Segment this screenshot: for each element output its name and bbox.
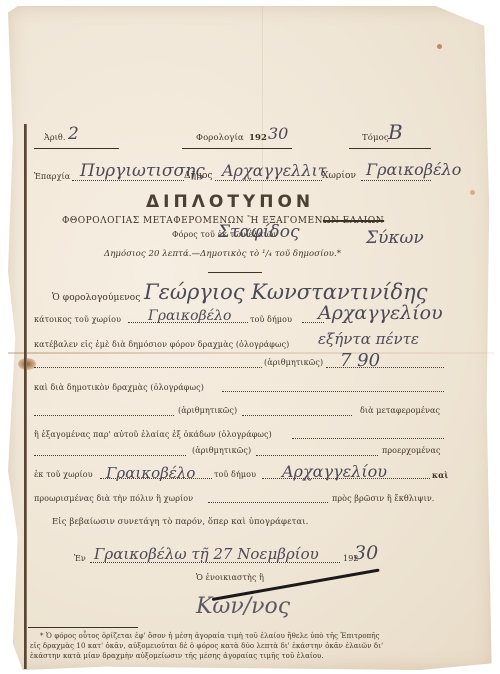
fold-crease (8, 352, 494, 354)
stain-spot (470, 190, 475, 195)
separator-rule (208, 272, 262, 273)
taxpayer-value: Γεώργιος Κωνσταντινίδης (144, 280, 428, 304)
fill-line (292, 438, 444, 439)
eparchia-label: Ἐπαρχία (34, 172, 70, 181)
tax-line-handwritten-1: Σταφίδος (218, 222, 299, 242)
footnote-rule (28, 627, 138, 628)
tomos-value: Β (388, 120, 403, 144)
stain-spot (437, 44, 442, 49)
chorion-label: Χωρίον (322, 171, 356, 181)
resident-dimos: Αρχαγγελίου (318, 302, 443, 324)
subtitle-struck-text: ΩΝ ΕΛΑΙΩΝ (323, 216, 384, 226)
destined-label: προωρισμένας διὰ τὴν πόλιν ἢ χωρίον (34, 494, 193, 503)
en-label: Ἐν (74, 554, 86, 563)
tomos-label: Τόμος (362, 133, 389, 143)
fill-line (256, 455, 378, 456)
fill-line (34, 367, 262, 368)
fill-line (215, 180, 322, 181)
fill-line (34, 455, 186, 456)
municipal-label: καὶ διὰ δημοτικὸν δραχμὰς (ὀλογράφως) (34, 383, 204, 392)
fill-line (34, 415, 174, 416)
footnote-line-3: ἑκάστην κατὰ μίαν δραχμὴν αὐξομείωσιν τῆ… (30, 651, 324, 661)
dimos-value: Αρχαγγελλιτ (222, 161, 327, 180)
arith-label-1: (ἀριθμητικῶς) (264, 358, 323, 367)
role-label: Ὁ ἐνοικιαστὴς ἢ (196, 573, 264, 582)
from-village-value: Γραικοβέλο (106, 464, 195, 482)
year-handwritten: 30 (354, 542, 378, 564)
resident-label: κάτοικος τοῦ χωρίου (34, 315, 121, 324)
fill-line (208, 502, 328, 503)
arith-value: 2 (68, 124, 79, 144)
exported-label: ἢ ἐξαγομένας παρ' αὐτοῦ ἐλαίας ἐξ ὀκάδων… (34, 430, 272, 439)
signature: Κων/νος (196, 594, 290, 619)
fill-line (361, 180, 431, 181)
purpose-label: πρὸς βρῶσιν ἢ ἔκθλιψιν. (332, 494, 434, 503)
from-village-label: ἐκ τοῦ χωρίου (34, 470, 93, 479)
place-date-handwritten: Γραικοβέλω τῇ 27 Νοεμβρίου (94, 545, 319, 563)
rates-line: Δημόσιος 20 λεπτά.—Δημοτικὸς τὸ ¹/₄ τοῦ … (104, 249, 341, 259)
footnote-line-1: * Ὁ φόρος οὗτος ὁρίζεται ἐφ' ὅσον ἡ μέση… (40, 631, 380, 641)
transported-label: διὰ μεταφερομένας (360, 406, 440, 415)
tax-line-handwritten-2: Σύκων (366, 228, 424, 248)
footnote-line-2: εἰς δραχμὰς 10 κατ' ὀκᾶν, αὐξομειοῦται δ… (30, 641, 383, 651)
underline (349, 148, 431, 149)
underline (182, 148, 292, 149)
origin-label: προερχομένας (382, 446, 441, 455)
arith-label-2: (ἀριθμητικῶς) (178, 406, 237, 415)
paper-sheet (8, 6, 494, 670)
chorion-value: Γραικοβέλο (366, 160, 461, 179)
fill-line (242, 415, 352, 416)
dimos-label: Δῆμος (184, 171, 213, 181)
and-label: καὶ (432, 470, 448, 480)
rust-stain (18, 358, 36, 370)
resident-village: Γραικοβέλο (148, 308, 231, 324)
left-border-rule (24, 124, 27, 669)
from-dimos-label: τοῦ δήμου (214, 470, 256, 479)
underline (34, 148, 119, 149)
year-handwritten: 30 (268, 124, 288, 143)
certification-text: Εἰς βεβαίωσιν συνετάγη τὸ παρόν, ὅπερ κα… (52, 517, 308, 527)
paid-words: εξήντα πέντε (318, 330, 419, 348)
fill-line (222, 391, 444, 392)
resident-dimos-label: τοῦ δήμου (250, 315, 292, 324)
from-dimos-value: Αρχαγγελίου (282, 462, 387, 481)
paid-label: κατέβαλεν εἰς ἐμὲ διὰ δημόσιον φόρον δρα… (34, 340, 289, 349)
arith-label: Ἀριθ. (44, 133, 65, 142)
forologia-label: Φορολογία (196, 133, 244, 143)
arith-label-3: (ἀριθμητικῶς) (192, 446, 251, 455)
arith-value-1: 7 90 (340, 350, 380, 371)
year-printed: 192 (249, 133, 267, 143)
taxpayer-label: Ὁ φορολογούμενος (52, 293, 140, 303)
document-title: ΔΙΠΛΟΤΥΠΟΝ (146, 192, 314, 212)
